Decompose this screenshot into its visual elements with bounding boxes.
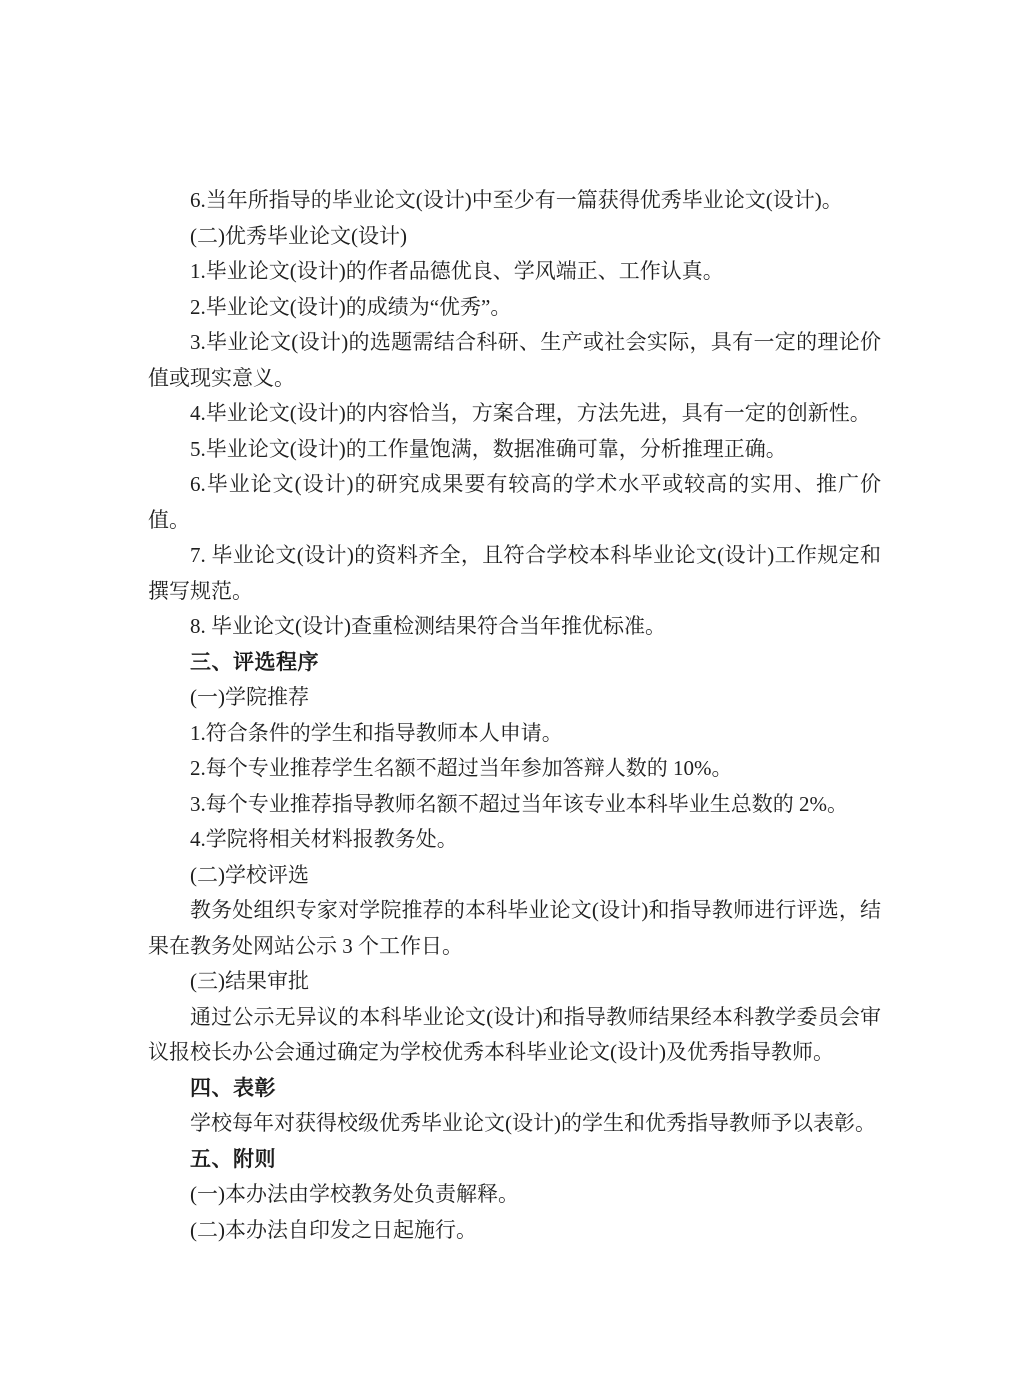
paragraph: 3.每个专业推荐指导教师名额不超过当年该专业本科毕业生总数的 2%。 <box>148 787 881 823</box>
section-heading: 五、附则 <box>148 1142 881 1178</box>
paragraph: 8. 毕业论文(设计)查重检测结果符合当年推优标准。 <box>148 609 881 645</box>
paragraph: 学校每年对获得校级优秀毕业论文(设计)的学生和优秀指导教师予以表彰。 <box>148 1106 881 1142</box>
paragraph: 2.每个专业推荐学生名额不超过当年参加答辩人数的 10%。 <box>148 751 881 787</box>
paragraph: 5.毕业论文(设计)的工作量饱满，数据准确可靠，分析推理正确。 <box>148 432 881 468</box>
paragraph: 7. 毕业论文(设计)的资料齐全，且符合学校本科毕业论文(设计)工作规定和撰写规… <box>148 538 881 609</box>
paragraph: 3.毕业论文(设计)的选题需结合科研、生产或社会实际，具有一定的理论价值或现实意… <box>148 325 881 396</box>
document-page: 6.当年所指导的毕业论文(设计)中至少有一篇获得优秀毕业论文(设计)。(二)优秀… <box>0 0 1024 1379</box>
paragraph: (一)学院推荐 <box>148 680 881 716</box>
section-heading: 三、评选程序 <box>148 645 881 681</box>
paragraph: 4.毕业论文(设计)的内容恰当，方案合理，方法先进，具有一定的创新性。 <box>148 396 881 432</box>
section-heading: 四、表彰 <box>148 1071 881 1107</box>
paragraph: (二)优秀毕业论文(设计) <box>148 219 881 255</box>
document-text-block: 6.当年所指导的毕业论文(设计)中至少有一篇获得优秀毕业论文(设计)。(二)优秀… <box>148 183 881 1248</box>
paragraph: 教务处组织专家对学院推荐的本科毕业论文(设计)和指导教师进行评选，结果在教务处网… <box>148 893 881 964</box>
paragraph: 通过公示无异议的本科毕业论文(设计)和指导教师结果经本科教学委员会审议报校长办公… <box>148 1000 881 1071</box>
paragraph: (二)本办法自印发之日起施行。 <box>148 1213 881 1249</box>
paragraph: (三)结果审批 <box>148 964 881 1000</box>
paragraph: 1.符合条件的学生和指导教师本人申请。 <box>148 716 881 752</box>
paragraph: (一)本办法由学校教务处负责解释。 <box>148 1177 881 1213</box>
paragraph: 2.毕业论文(设计)的成绩为“优秀”。 <box>148 290 881 326</box>
paragraph: 6.当年所指导的毕业论文(设计)中至少有一篇获得优秀毕业论文(设计)。 <box>148 183 881 219</box>
paragraph: 6.毕业论文(设计)的研究成果要有较高的学术水平或较高的实用、推广价值。 <box>148 467 881 538</box>
paragraph: 1.毕业论文(设计)的作者品德优良、学风端正、工作认真。 <box>148 254 881 290</box>
paragraph: (二)学校评选 <box>148 858 881 894</box>
paragraph: 4.学院将相关材料报教务处。 <box>148 822 881 858</box>
